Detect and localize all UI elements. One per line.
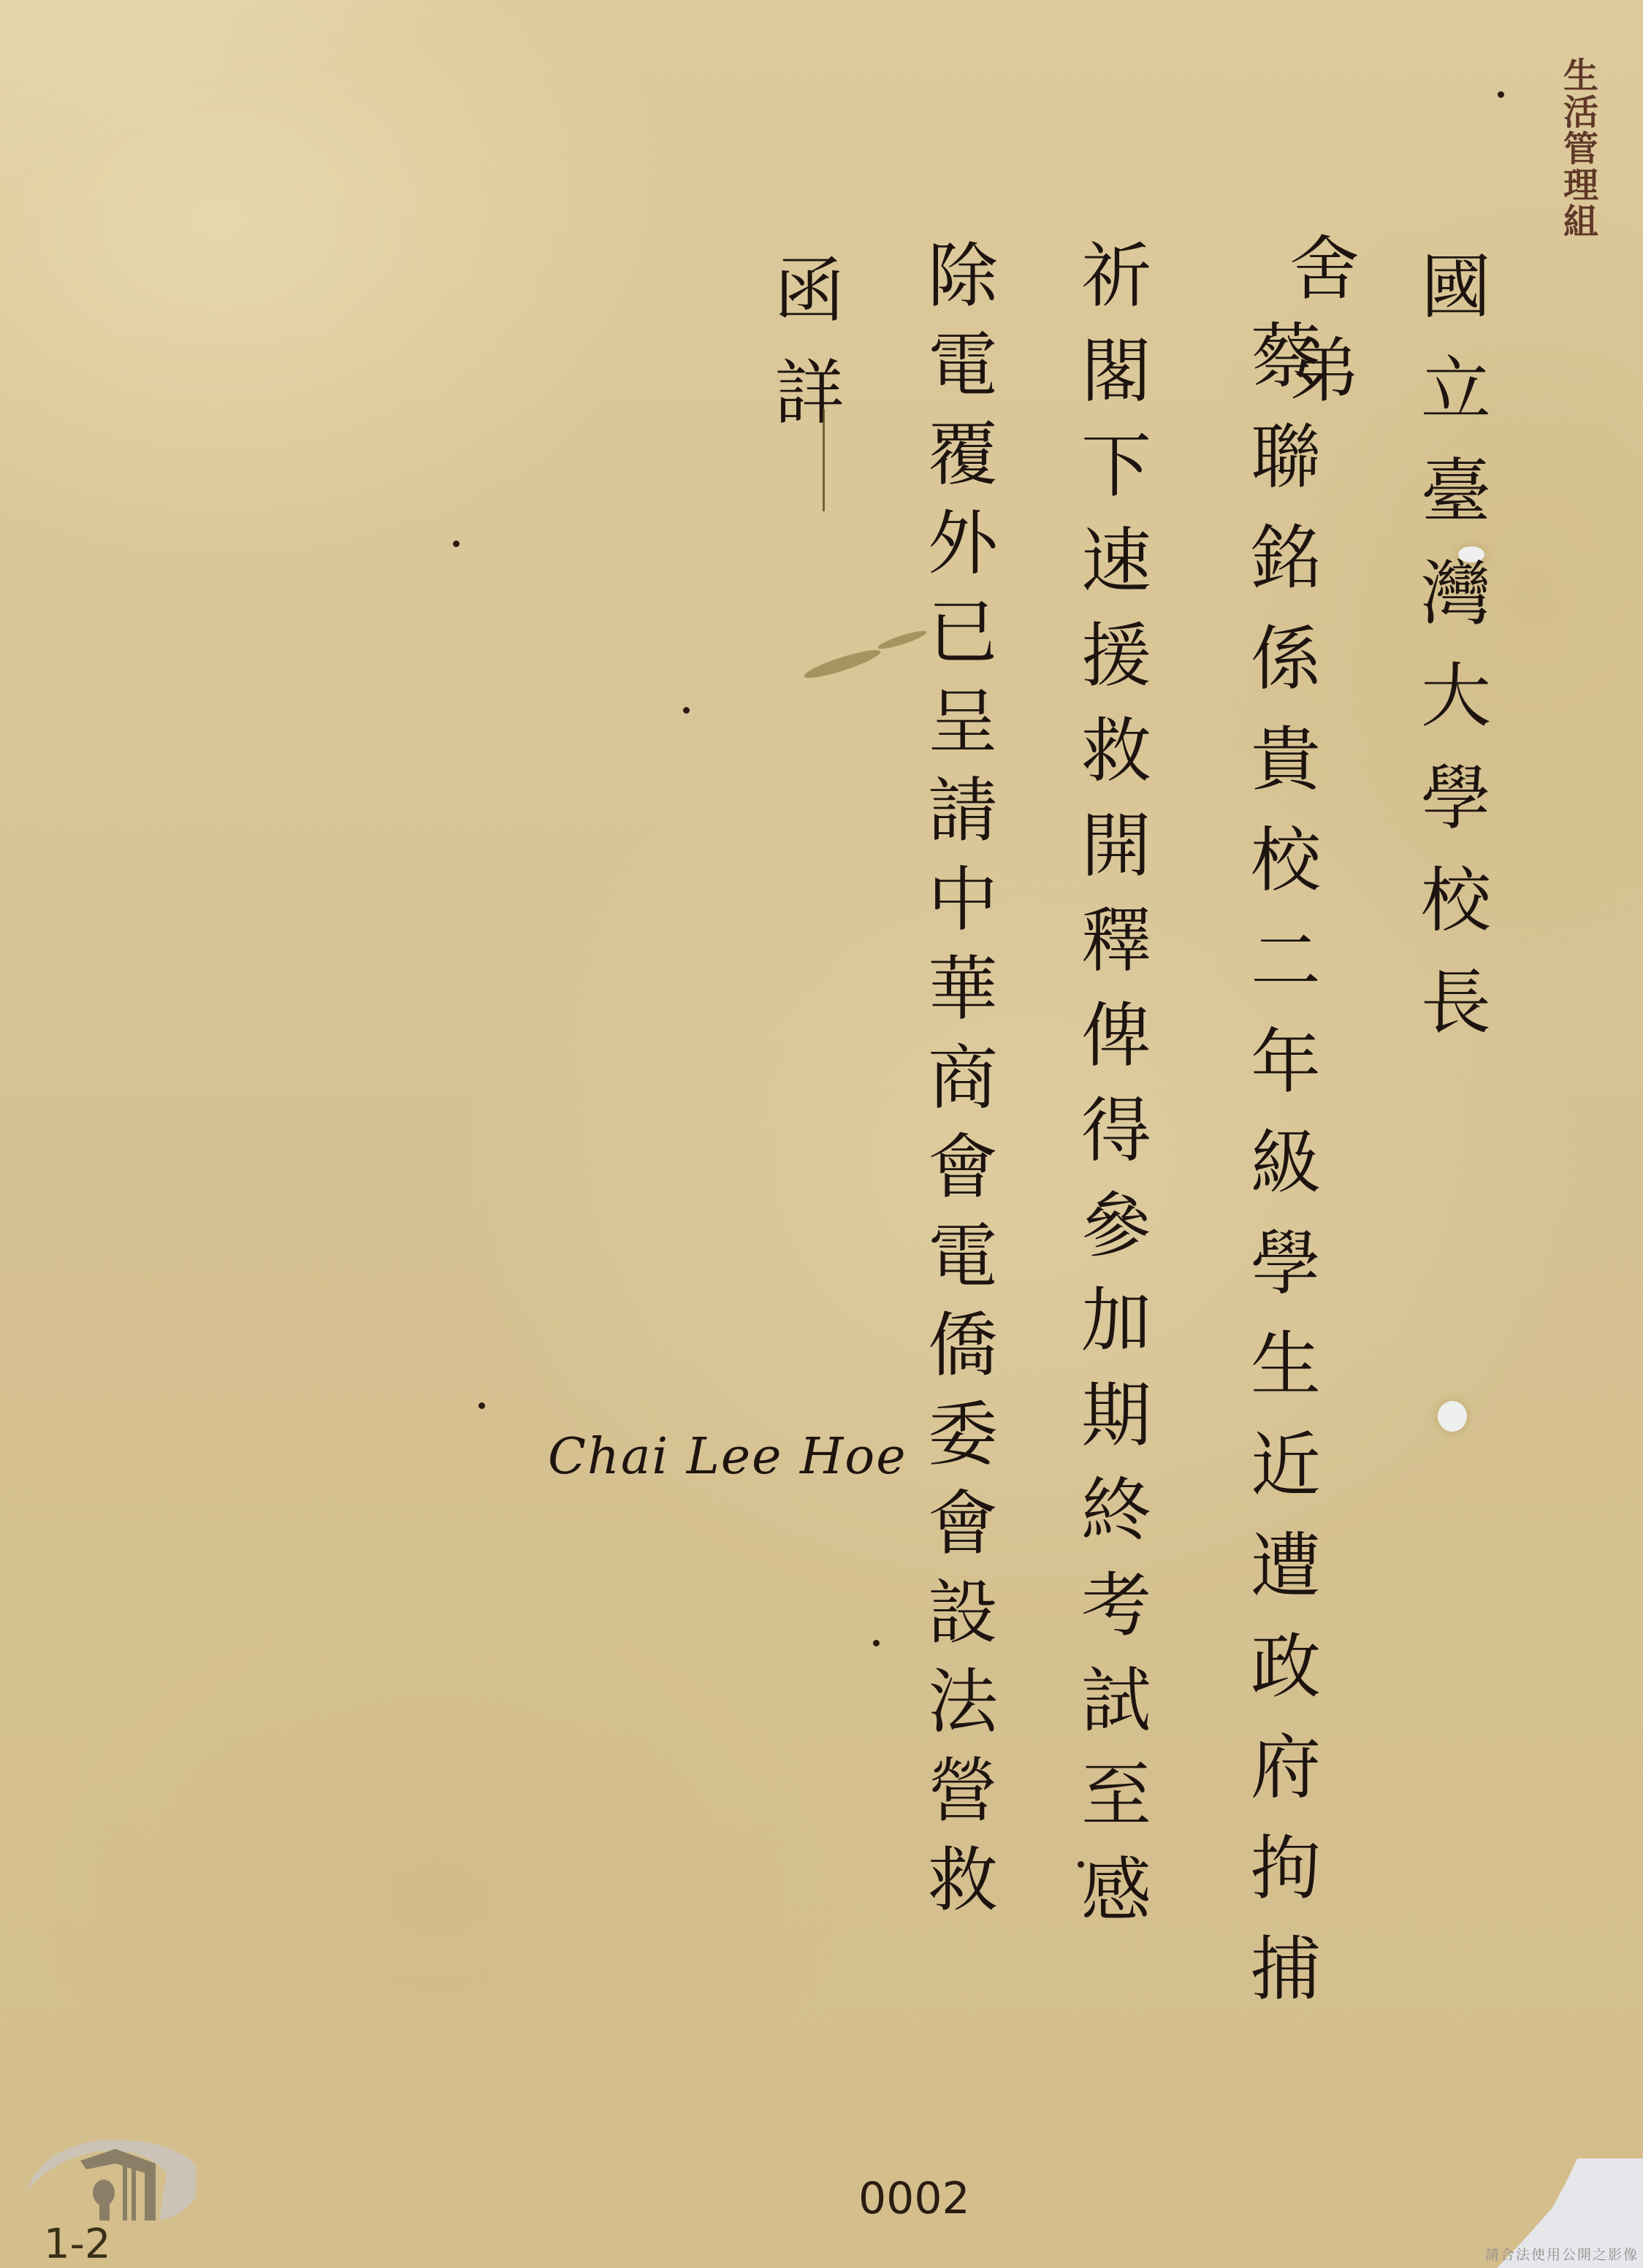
- letter-char: 電: [928, 1221, 998, 1291]
- letter-char: 貴: [1251, 725, 1321, 795]
- letter-char: 參: [1081, 1191, 1151, 1261]
- signature: Chai Lee Hoe: [548, 1428, 907, 1486]
- letter-char: 開: [1081, 811, 1151, 881]
- department-stamp: 生活管理組: [1563, 58, 1598, 241]
- ink-speck: [873, 1640, 880, 1646]
- letter-char: 呈: [928, 687, 998, 757]
- letter-char: 終: [1081, 1475, 1151, 1546]
- letter-char: 期: [1081, 1381, 1151, 1451]
- letter-char: 覆: [928, 419, 998, 489]
- letter-char: 救: [1081, 716, 1151, 786]
- letter-char: 近: [1251, 1430, 1321, 1500]
- page-number: 0002: [858, 2173, 970, 2224]
- letter-char: 詳: [774, 358, 845, 428]
- letter-char: 立: [1421, 354, 1491, 424]
- letter-char: 生: [1251, 1329, 1321, 1400]
- ink-speck: [1498, 91, 1504, 98]
- letter-char: 俾: [1081, 1001, 1151, 1071]
- ink-speck: [683, 707, 690, 714]
- letter-char: 係: [1251, 624, 1321, 694]
- letter-char: 電: [928, 330, 998, 400]
- letter-char: 級: [1251, 1128, 1321, 1198]
- letter-char: 年: [1251, 1027, 1321, 1097]
- letter-char: 感: [1081, 1855, 1151, 1925]
- letter-char: 聯: [1251, 422, 1321, 492]
- letter-char: 除: [928, 241, 998, 311]
- stamp-char: 理: [1563, 168, 1598, 203]
- letter-char: 外: [928, 508, 998, 579]
- letter-char: 拘: [1251, 1833, 1321, 1904]
- letter-char: 已: [928, 597, 998, 668]
- letter-char: 遭: [1251, 1531, 1321, 1601]
- letter-char: 閣: [1081, 336, 1151, 406]
- letter-char: 國: [1421, 252, 1491, 322]
- letter-char: 速: [1081, 526, 1151, 596]
- letter-char: 灣: [1421, 559, 1491, 629]
- letter-char: 會: [928, 1132, 998, 1202]
- letter-char: 長: [1421, 968, 1491, 1038]
- letter-char: 至: [1081, 1760, 1151, 1830]
- stamp-char: 管: [1563, 131, 1598, 167]
- closing-stroke: [823, 409, 825, 511]
- letter-char: 府: [1251, 1733, 1321, 1803]
- letter-char: 考: [1081, 1570, 1151, 1641]
- letter-char: 祈: [1081, 241, 1151, 311]
- letter-char: 大: [1421, 661, 1491, 731]
- letter-column-addressee: 國立臺灣大學校長: [1421, 252, 1491, 1070]
- letter-char: 僑: [928, 1310, 998, 1381]
- letter-column-actions: 除電覆外已呈請中華商會電僑委會設法營救: [928, 241, 998, 1934]
- punch-hole-bottom: [1438, 1401, 1467, 1432]
- letter-char: 釋: [1081, 906, 1151, 976]
- letter-column-request: 祈閣下速援救開釋俾得參加期終考試至感: [1081, 241, 1151, 1950]
- letter-char: 學: [1421, 763, 1491, 833]
- letter-char: 試: [1081, 1665, 1151, 1736]
- letter-char: 營: [928, 1756, 998, 1826]
- letter-char: 捕: [1251, 1934, 1321, 2004]
- letter-char: 政: [1251, 1632, 1321, 1702]
- stamp-char: 生: [1563, 58, 1598, 93]
- letter-char: 法: [928, 1667, 998, 1737]
- letter-char: 下: [1081, 431, 1151, 501]
- letter-char: 委: [928, 1400, 998, 1470]
- stamp-char: 活: [1563, 95, 1598, 130]
- letter-char: 臺: [1421, 457, 1491, 527]
- letter-char: 學: [1251, 1229, 1321, 1299]
- letter-char: 援: [1081, 621, 1151, 691]
- letter-char: 設: [928, 1578, 998, 1648]
- letter-char: 校: [1251, 825, 1321, 896]
- letter-char: 加: [1081, 1286, 1151, 1356]
- letter-char: 中: [928, 865, 998, 935]
- letter-char: 校: [1421, 866, 1491, 936]
- letter-char: 請: [928, 776, 998, 846]
- ink-speck: [479, 1402, 485, 1409]
- letter-column-student-name: 蔡聯銘係貴校二年級學生近遭政府拘捕: [1251, 321, 1321, 2035]
- paper-crease: [0, 0, 511, 292]
- letter-char: 銘: [1251, 523, 1321, 593]
- letter-char: 商: [928, 1043, 998, 1113]
- archive-book-keyhole-logo: [13, 2111, 196, 2221]
- letter-char: 救: [928, 1845, 998, 1915]
- usage-watermark: 請合法使用公開之影像: [1485, 2244, 1639, 2264]
- letter-char: 蔡: [1251, 321, 1321, 392]
- folio-mark: 1-2: [44, 2221, 110, 2268]
- letter-char: 二: [1251, 926, 1321, 996]
- letter-char: 華: [928, 954, 998, 1024]
- ink-speck: [453, 541, 460, 547]
- letter-char: 舍: [1289, 234, 1360, 304]
- stamp-char: 組: [1563, 205, 1598, 240]
- letter-column-closing: 函詳: [774, 256, 845, 460]
- letter-char: 會: [928, 1489, 998, 1559]
- letter-char: 得: [1081, 1096, 1151, 1166]
- letter-char: 函: [774, 256, 845, 326]
